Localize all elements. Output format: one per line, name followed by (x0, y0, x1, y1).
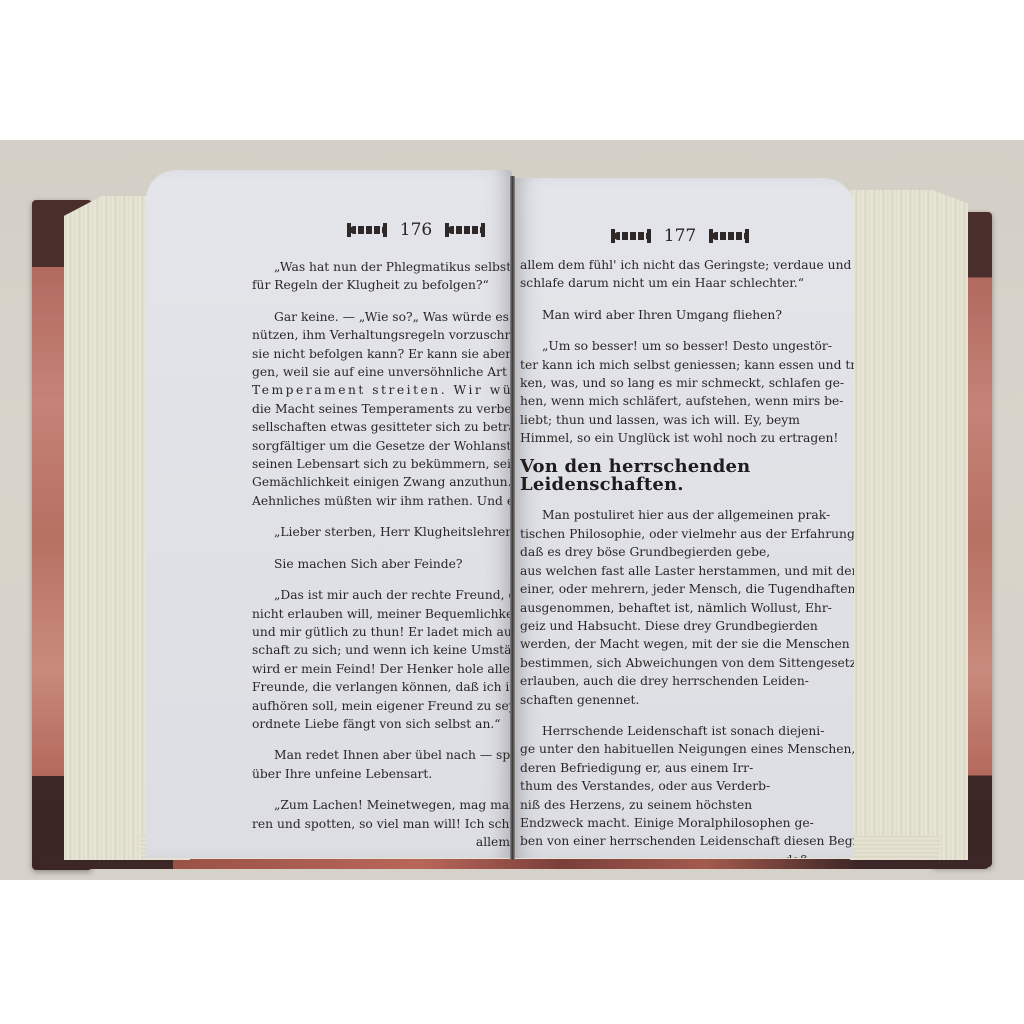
text-line: aus welchen fast alle Laster herstammen,… (520, 562, 808, 580)
book-gutter (510, 176, 515, 860)
left-page: 176 „Was hat nun der Phlegmatikus selbst… (146, 170, 512, 858)
right-page-body: allem dem fühl' ich nicht das Geringste;… (520, 230, 808, 858)
text-line: und mir gütlich zu thun! Er ladet mich a… (252, 623, 510, 641)
text-line: sie nicht befolgen kann? Er kann sie abe… (252, 345, 510, 363)
text-line: „Was hat nun der Phlegmatikus selbst (252, 258, 510, 276)
text-line: ben von einer herrschenden Leidenschaft … (520, 832, 808, 850)
text-line: daß es drey böse Grundbegierden gebe, (520, 543, 808, 561)
text-line: liebt; thun und lassen, was ich will. Ey… (520, 411, 808, 429)
text-line: erlauben, auch die drey herrschenden Lei… (520, 672, 808, 690)
text-line: ren und spotten, so viel man will! Ich s… (252, 815, 510, 833)
text-line: geiz und Habsucht. Diese drey Grundbegie… (520, 617, 808, 635)
open-book: 176 „Was hat nun der Phlegmatikus selbst… (0, 0, 1024, 1024)
text-line: Himmel, so ein Unglück ist wohl noch zu … (520, 429, 808, 447)
text-line: Man redet Ihnen aber übel nach — spottet (252, 746, 510, 764)
text-line: hen, wenn mich schläfert, aufstehen, wen… (520, 392, 808, 410)
text-line: Freunde, die verlangen können, daß ich i… (252, 678, 510, 696)
text-line: einer, oder mehrern, jeder Mensch, die T… (520, 580, 808, 598)
catchword: daß (520, 851, 808, 858)
text-line: ordnete Liebe fängt von sich selbst an.“ (252, 715, 510, 733)
text-line: werden, der Macht wegen, mit der sie die… (520, 635, 808, 653)
text-line: seinen Lebensart sich zu bekümmern, sein… (252, 455, 510, 473)
text-line: „Um so besser! um so besser! Desto unges… (520, 337, 808, 355)
text-line: tischen Philosophie, oder vielmehr aus d… (520, 525, 808, 543)
text-line: bestimmen, sich Abweichungen von dem Sit… (520, 654, 808, 672)
text-line: „Lieber sterben, Herr Klugheitslehrer!“ (252, 523, 510, 541)
text-line: sellschaften etwas gesitteter sich zu be… (252, 418, 510, 436)
text-line: nicht erlauben will, meiner Bequemlichke… (252, 605, 510, 623)
right-page: 177 allem dem fühl' ich nicht das Gering… (514, 178, 854, 858)
text-line: schaft zu sich; und wenn ich keine Umstä… (252, 641, 510, 659)
text-line: Aehnliches müßten wir ihm rathen. Und er… (252, 492, 510, 510)
text-line: ge unter den habituellen Neigungen eines… (520, 740, 808, 758)
section-heading: Von den herrschenden Leidenschaften. (520, 458, 808, 495)
catchword: allem (252, 833, 510, 851)
text-line: Man wird aber Ihren Umgang fliehen? (520, 306, 808, 324)
text-line: Herrschende Leidenschaft ist sonach diej… (520, 722, 808, 740)
text-line: thum des Verstandes, oder aus Verderb- (520, 777, 808, 795)
text-line: Sie machen Sich aber Feinde? (252, 555, 510, 573)
text-line: „Das ist mir auch der rechte Freund, der… (252, 586, 510, 604)
text-line: aufhören soll, mein eigener Freund zu se… (252, 697, 510, 715)
text-line: die Macht seines Temperaments zu verberg… (252, 400, 510, 418)
text-line: über Ihre unfeine Lebensart. (252, 765, 510, 783)
text-line: schlafe darum nicht um ein Haar schlecht… (520, 274, 808, 292)
text-line: Man postuliret hier aus der allgemeinen … (520, 506, 808, 524)
left-page-body: „Was hat nun der Phlegmatikus selbst für… (252, 232, 510, 851)
text-line: allem dem fühl' ich nicht das Geringste;… (520, 256, 808, 274)
text-line: Endzweck macht. Einige Moralphilosophen … (520, 814, 808, 832)
text-line: niß des Herzens, zu seinem höchsten (520, 796, 808, 814)
text-line: ausgenommen, behaftet ist, nämlich Wollu… (520, 599, 808, 617)
text-line: „Zum Lachen! Meinetwegen, mag man kritis… (252, 796, 510, 814)
text-line: nützen, ihm Verhaltungsregeln vorzuschre… (252, 326, 510, 344)
text-line: ter kann ich mich selbst geniessen; kann… (520, 356, 808, 374)
text-line: Gar keine. — „Wie so?„ Was würde es auch (252, 308, 510, 326)
text-line: Gemächlichkeit einigen Zwang anzuthun. D… (252, 473, 510, 491)
text-line: Temperament streiten. Wir würden ihm rat… (252, 381, 510, 399)
right-page-stack-edge (850, 190, 968, 860)
text-line: für Regeln der Klugheit zu befolgen?“ (252, 276, 510, 294)
text-line: schaften genennet. (520, 691, 808, 709)
text-line: sorgfältiger um die Gesetze der Wohlanst… (252, 437, 510, 455)
text-line: ken, was, und so lang es mir schmeckt, s… (520, 374, 808, 392)
text-line: wird er mein Feind! Der Henker hole alle… (252, 660, 510, 678)
text-line: gen, weil sie auf eine unversöhnliche Ar… (252, 363, 510, 381)
text-line: deren Befriedigung er, aus einem Irr- (520, 759, 808, 777)
